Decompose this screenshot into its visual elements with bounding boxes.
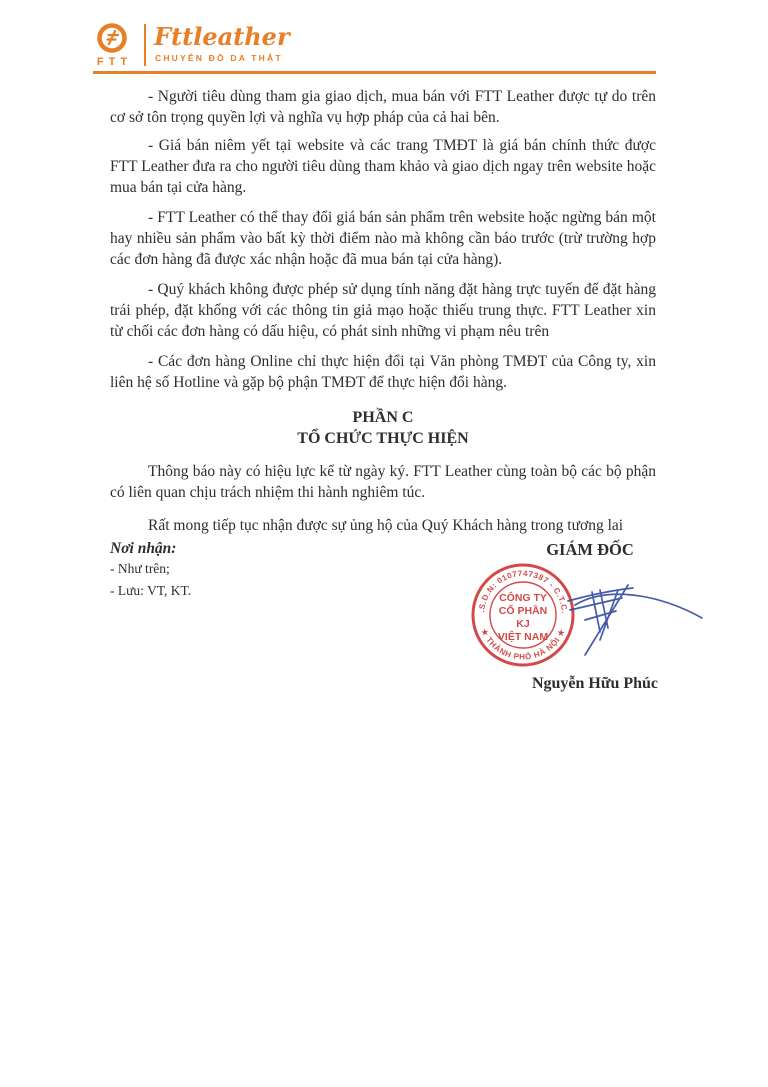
paragraph: - Giá bán niêm yết tại website và các tr… <box>110 135 656 198</box>
logo-tagline: CHUYÊN ĐỒ DA THẬT <box>155 53 283 63</box>
header-rule <box>93 71 656 74</box>
recipients-block: Nơi nhận: - Như trên; - Lưu: VT, KT. <box>110 540 191 602</box>
closing-paragraphs: Thông báo này có hiệu lực kể từ ngày ký.… <box>110 461 656 536</box>
company-stamp-icon: M.S.D.N: 0107747387 - C.T.C.P ★ THÀNH PH… <box>450 540 573 665</box>
paragraph: Rất mong tiếp tục nhận được sự ủng hộ củ… <box>110 515 656 536</box>
logo-monogram: FTT <box>88 56 136 68</box>
document-body: - Người tiêu dùng tham gia giao dịch, mu… <box>110 86 656 536</box>
recipients-item: - Lưu: VT, KT. <box>110 580 191 602</box>
recipients-item: - Như trên; <box>110 558 191 580</box>
section-heading-line1: PHẦN C <box>110 407 656 428</box>
stamp-center-line2: CỔ PHẦN <box>499 604 547 617</box>
logo-brand-script: Fttleather <box>154 22 290 51</box>
stamp-center-line3: KJ <box>516 618 530 630</box>
section-heading-line2: TỔ CHỨC THỰC HIỆN <box>110 428 656 449</box>
section-heading: PHẦN C TỔ CHỨC THỰC HIỆN <box>110 407 656 449</box>
recipients-title: Nơi nhận: <box>110 540 191 558</box>
paragraph: - FTT Leather có thể thay đổi giá bán sả… <box>110 207 656 270</box>
paragraph: Thông báo này có hiệu lực kể từ ngày ký.… <box>110 461 656 503</box>
paragraph: - Quý khách không được phép sử dụng tính… <box>110 279 656 342</box>
stamp-center-line1: CÔNG TY <box>499 591 547 604</box>
document-page: FTT Fttleather CHUYÊN ĐỒ DA THẬT - Người… <box>0 0 768 1087</box>
stamp-center-line4: VIỆT NAM <box>498 630 548 643</box>
signer-name: Nguyễn Hữu Phúc <box>505 675 685 693</box>
paragraph: - Các đơn hàng Online chỉ thực hiện đổi … <box>110 351 656 393</box>
paragraph: - Người tiêu dùng tham gia giao dịch, mu… <box>110 86 656 128</box>
signature-icon <box>568 585 702 655</box>
logo-divider <box>144 24 146 66</box>
ftt-logo-icon <box>88 22 136 56</box>
